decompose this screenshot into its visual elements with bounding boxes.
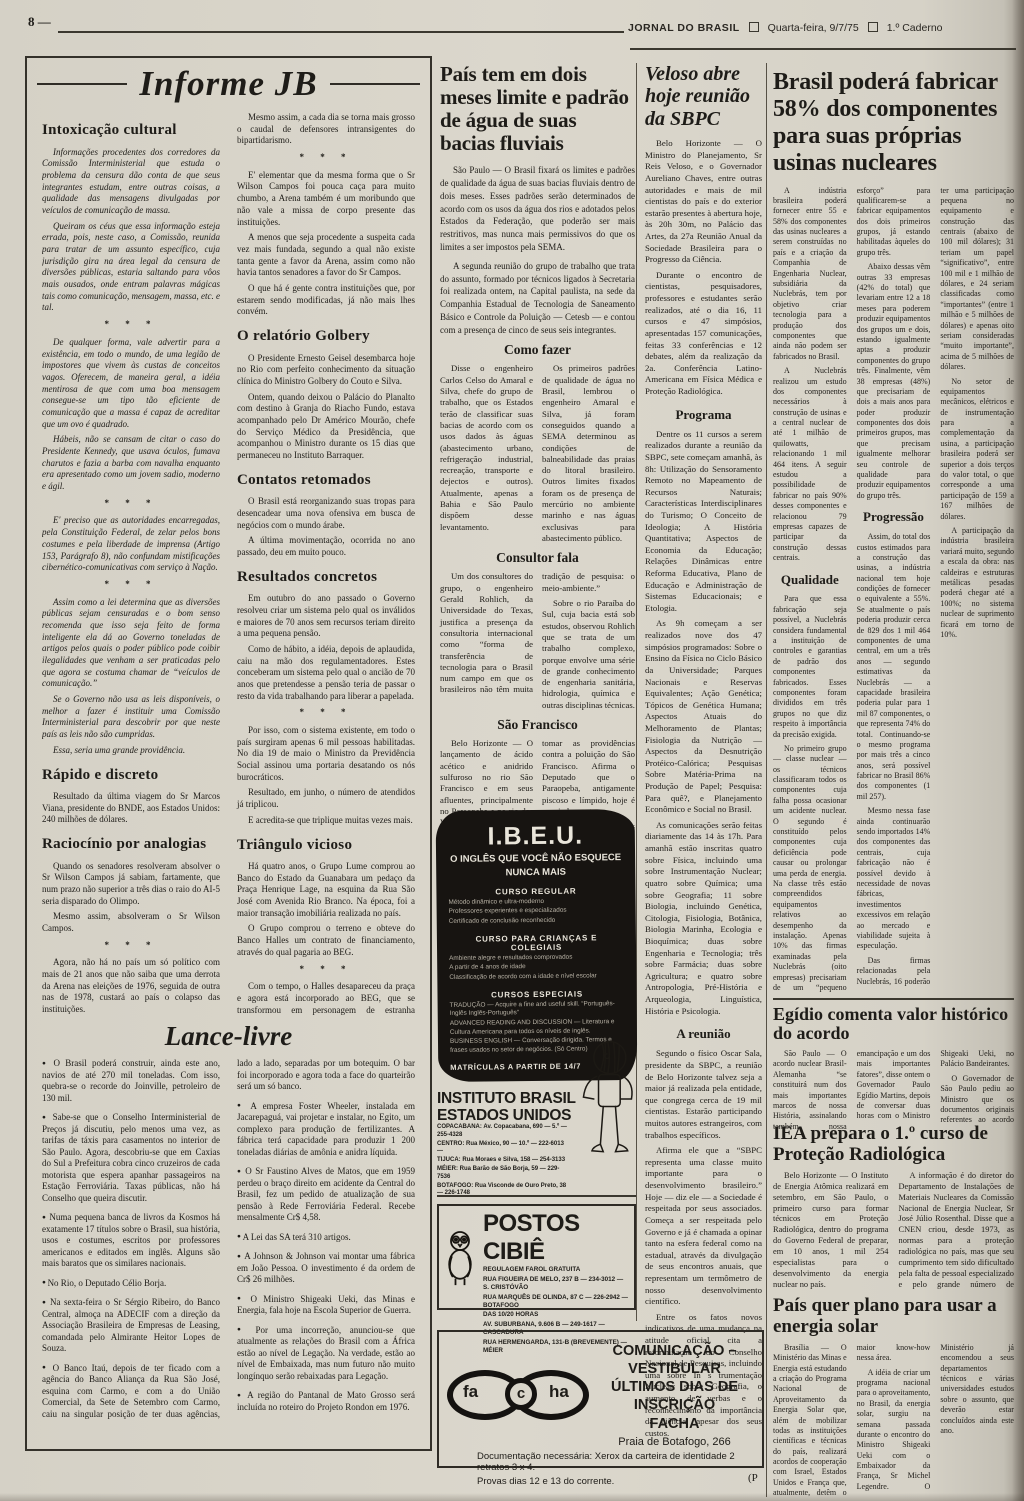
paragraph: De qualquer forma, vale advertir para a …	[42, 337, 220, 431]
paragraph: Hábeis, não se cansam de citar o caso do…	[42, 434, 220, 492]
informe-jb-box: Informe JB Intoxicação culturalInformaçõ…	[25, 56, 432, 1451]
section-heading: Progressão	[857, 509, 931, 526]
paragraph: Assim, do total dos custos estimados par…	[857, 532, 931, 802]
paragraph: DAS 10/20 HORAS	[483, 1311, 628, 1319]
facha-ad: c fa ha COMUNICAÇÃO – VESTIBULAR ÚLTIMOS…	[437, 1330, 764, 1468]
paragraph: Agora, não há no país um só político com…	[42, 957, 220, 1015]
paragraph: RUA MARQUÊS DE OLINDA, 87 C — 226-2942 —…	[483, 1294, 628, 1310]
cartoon-figure-icon	[574, 1035, 640, 1168]
ad-section-items: Ambiente alegre e resultados comprovados…	[449, 953, 624, 983]
news-brief: O Brasil poderá construir, ainda este an…	[42, 1058, 220, 1104]
paragraph: TRADUÇÃO — Acquire a fine and useful ski…	[450, 1000, 625, 1019]
ibeu-ad-slogan: NUNCA MAIS	[448, 866, 623, 880]
ad-section-items: Método dinâmico e ultra-modernoProfessor…	[449, 897, 624, 927]
facha-ad-text: COMUNICAÇÃO – VESTIBULAR ÚLTIMOS DIAS DE…	[597, 1342, 752, 1448]
section-heading: Programa	[645, 406, 762, 423]
separator: * * *	[237, 707, 415, 719]
paragraph: Ontem, quando deixou o Palácio do Planal…	[237, 392, 415, 462]
paragraph: Durante o encontro de cientistas, pesqui…	[645, 270, 762, 398]
paragraph: A Nuclebrás realizou um estudo dos compo…	[773, 366, 847, 563]
paragraph: COPACABANA: Av. Copacabana, 690 — 5.º — …	[437, 1124, 567, 1140]
paragraph: A última movimentação, ocorrida no ano p…	[237, 535, 415, 558]
news-brief: Por uma incorreção, anunciou-se que atua…	[237, 1325, 415, 1383]
informe-jb-title-row: Informe JB	[37, 64, 420, 104]
article-headline: Egídio comenta valor histórico do acordo	[773, 1005, 1014, 1045]
paragraph: Em outubro do ano passado o Governo reso…	[237, 593, 415, 640]
ibeu-ad: I.B.E.U. O INGLÊS QUE VOCÊ NÃO ESQUECE N…	[437, 810, 636, 1197]
separator: * * *	[42, 319, 220, 331]
ad-section-head: CURSOS ESPECIAIS	[449, 989, 624, 1000]
iea-article: IEA prepara o 1.º curso de Proteção Radi…	[773, 1124, 1014, 1297]
section-heading: Resultados concretos	[237, 568, 415, 588]
article-body: Um dos consultores do grupo, o engenheir…	[440, 571, 635, 711]
paragraph: São Paulo — O Brasil fixará os limites e…	[440, 164, 635, 253]
article-headline: IEA prepara o 1.º curso de Proteção Radi…	[773, 1124, 1014, 1166]
paragraph: Há quatro anos, o Grupo Lume comprou ao …	[237, 861, 415, 919]
facha-ad-line: ÚLTIMOS DIAS DE INSCRIÇÃO	[597, 1378, 752, 1414]
article-headline: Veloso abre hoje reunião da SBPC	[645, 63, 762, 130]
section-heading: Qualidade	[773, 572, 847, 589]
section-heading: Triângulo vicioso	[237, 836, 415, 856]
facha-logo-letter: c	[505, 1378, 537, 1410]
egidio-article: Egídio comenta valor histórico do acordo…	[773, 998, 1014, 1135]
paragraph: A informação é do diretor do Departament…	[899, 1171, 1015, 1297]
separator: * * *	[237, 964, 415, 976]
news-brief: No Rio, o Deputado Célio Borja.	[42, 1278, 220, 1290]
paragraph: No setor de equipamentos mecânicos, elét…	[940, 377, 1014, 522]
paragraph: Professores experientes e especializados	[449, 906, 624, 916]
news-brief: Numa pequena banca de livros da Kosmos h…	[42, 1212, 220, 1270]
separator-box-icon	[749, 22, 759, 32]
top-rule-left	[58, 31, 624, 33]
article-headline: País tem em dois meses limite e padrão d…	[440, 63, 635, 155]
news-brief: A região do Pantanal de Mato Grosso será…	[237, 1390, 415, 1413]
news-brief: O Sr Faustino Alves de Matos, que em 195…	[237, 1166, 415, 1224]
subhead: Consultor fala	[440, 550, 635, 566]
paragraph: Certificado de conclusão reconhecido	[449, 916, 624, 926]
paragraph: Mesmo assim, a cada dia se torna mais gr…	[237, 112, 415, 147]
facha-logo: c fa ha	[447, 1362, 597, 1428]
solar-article: País quer plano para usar a energia sola…	[773, 1296, 1014, 1501]
facha-logo-letter: fa	[463, 1382, 478, 1402]
ibeu-institute-line: INSTITUTO BRASIL	[437, 1090, 576, 1107]
owl-mascot-icon	[442, 1228, 478, 1295]
page-edge-shadow	[0, 1493, 1024, 1501]
paragraph: Quando os senadores resolveram absolver …	[42, 861, 220, 908]
ad-section-head: CURSO REGULAR	[448, 886, 623, 897]
paragraph: A idéia de criar um programa nacional pa…	[857, 1343, 1014, 1501]
masthead-edition: 1.º Caderno	[887, 22, 943, 34]
paragraph: O Grupo comprou o terreno e obteve do Ba…	[237, 923, 415, 958]
paragraph: E' elementar que da mesma forma que o Sr…	[237, 170, 415, 228]
paragraph: Os primeiros padrões de qualidade de águ…	[542, 363, 635, 544]
paragraph: Belo Horizonte — O Instituto de Energia …	[773, 1171, 889, 1291]
paragraph: Disse o engenheiro Carlos Celso do Amara…	[440, 363, 533, 533]
paragraph: MÉIER: Rua Barão de São Borja, 59 — 229-…	[437, 1166, 567, 1182]
facha-ad-line: COMUNICAÇÃO – VESTIBULAR	[597, 1342, 752, 1378]
paragraph: Como de hábito, a idéia, depois de aplau…	[237, 644, 415, 702]
section-heading: A reunião	[645, 1025, 762, 1042]
facha-ad-exam-dates: Provas dias 12 e 13 do corrente.	[477, 1476, 752, 1487]
paragraph: As 9h começam a ser realizados nove dos …	[645, 618, 762, 815]
section-heading: Contatos retomados	[237, 471, 415, 491]
paragraph: A menos que seja procedente a suspeita c…	[237, 232, 415, 279]
separator: * * *	[42, 940, 220, 952]
paragraph: Por isso, com o sistema existente, em to…	[237, 725, 415, 783]
title-rule	[330, 83, 420, 86]
paragraph: Ambiente alegre e resultados comprovados	[449, 953, 624, 963]
lance-livre-columns: O Brasil poderá construir, ainda este an…	[42, 1058, 415, 1430]
ibeu-ad-footer: INSTITUTO BRASIL ESTADOS UNIDOS COPACABA…	[437, 1081, 636, 1197]
news-brief: Na sexta-feira o Sr Sérgio Ribeiro, do B…	[42, 1297, 220, 1355]
page-number: 8 —	[28, 14, 51, 30]
informe-columns: Intoxicação culturalInformações proceden…	[42, 112, 415, 1017]
top-rule-right	[630, 48, 1016, 50]
paragraph: A indústria brasileira poderá fornecer e…	[773, 186, 847, 363]
article-body: Brasília — O Ministério das Minas e Ener…	[773, 1343, 1014, 1501]
facha-ad-line: FACHA	[597, 1415, 752, 1433]
paragraph: Queiram os céus que essa informação este…	[42, 221, 220, 315]
ad-section-head: CURSO PARA CRIANÇAS E COLEGIAIS	[449, 933, 624, 953]
news-brief: A Johnson & Johnson vai montar uma fábri…	[237, 1251, 415, 1286]
paragraph: Informações procedentes dos corredores d…	[42, 147, 220, 217]
paragraph: CENTRO: Rua México, 90 — 10.º — 222-6013…	[437, 1141, 567, 1157]
paragraph: Mesmo nessa fase ainda continuarão sendo…	[857, 806, 931, 951]
paragraph: Afirma ele que a “SBPC representa uma cl…	[645, 1145, 762, 1308]
section-heading: Intoxicação cultural	[42, 121, 220, 141]
nuclear-article: Brasil poderá fabricar 58% dos component…	[773, 63, 1014, 994]
article-headline: País quer plano para usar a energia sola…	[773, 1296, 1014, 1338]
paragraph: BOTAFOGO: Rua Visconde de Ouro Preto, 38…	[437, 1183, 567, 1199]
page-edge-shadow	[1012, 0, 1024, 1501]
article-lead: São Paulo — O Brasil fixará os limites e…	[440, 164, 635, 336]
separator: * * *	[42, 579, 220, 591]
sbpc-article: Veloso abre hoje reunião da SBPC Belo Ho…	[645, 63, 762, 1443]
separator: * * *	[237, 152, 415, 164]
cibie-ad: POSTOS CIBIÊ REGULAGEM FAROL GRATUITARUA…	[437, 1204, 636, 1310]
paragraph: TIJUCA: Rua Moraes e Silva, 158 — 254-31…	[437, 1157, 567, 1165]
paragraph: E' preciso que as autoridades encarregad…	[42, 515, 220, 573]
paragraph: Assim como a lei determina que as divers…	[42, 597, 220, 691]
paragraph: Se o Governo não usa as leis disponíveis…	[42, 694, 220, 741]
paragraph: Método dinâmico e ultra-moderno	[449, 897, 624, 907]
paragraph: O que há é gente contra instituições que…	[237, 283, 415, 318]
article-body: Belo Horizonte — O Instituto de Energia …	[773, 1171, 1014, 1297]
paragraph: Mesmo assim, absolveram o Sr Wilson Camp…	[42, 911, 220, 934]
paragraph: O Presidente Ernesto Geisel desembarca h…	[237, 353, 415, 388]
ibeu-ad-title: I.B.E.U.	[448, 821, 623, 852]
column-rule	[766, 63, 767, 1497]
separator: * * *	[42, 498, 220, 510]
paragraph: Dentre os 11 cursos a serem realizados d…	[645, 429, 762, 615]
masthead-date: Quarta-feira, 9/7/75	[768, 22, 859, 34]
paragraph: Segundo o físico Oscar Sala, presidente …	[645, 1048, 762, 1141]
paragraph: O Brasil está reorganizando suas tropas …	[237, 496, 415, 531]
section-heading: Rápido e discreto	[42, 766, 220, 786]
ibeu-institute-line: ESTADOS UNIDOS	[437, 1107, 571, 1124]
article-body: Disse o engenheiro Carlos Celso do Amara…	[440, 363, 635, 544]
newspaper-page: { "page": { "number": "8 —", "masthead":…	[0, 0, 1024, 1501]
article-headline: Brasil poderá fabricar 58% dos component…	[773, 69, 1014, 177]
paragraph: ADVANCED READING AND DISCUSSION — Litera…	[450, 1018, 625, 1037]
lance-livre-title: Lance-livre	[27, 1021, 430, 1052]
facha-ad-address: Praia de Botafogo, 266	[597, 1436, 752, 1448]
paragraph: Essa, seria uma grande providência.	[42, 745, 220, 757]
paragraph: Resultado, em junho, o número de atendid…	[237, 787, 415, 810]
paragraph: Sobre o rio Paraíba do Sul, cuja bacia e…	[542, 598, 635, 711]
subhead: Como fazer	[440, 342, 635, 358]
paragraph: Resultado da última viagem do Sr Marcos …	[42, 791, 220, 826]
news-brief: A empresa Foster Wheeler, instalada em J…	[237, 1101, 415, 1159]
paragraph: Belo Horizonte — O Ministro do Planejame…	[645, 138, 762, 266]
article-body: A indústria brasileira poderá fornecer e…	[773, 186, 1014, 994]
section-heading: Raciocínio por analogias	[42, 835, 220, 855]
separator-box-icon	[868, 22, 878, 32]
paragraph: E acredita-se que triplique muitas vezes…	[237, 815, 415, 827]
news-brief: A Lei das SA terá 310 artigos.	[237, 1232, 415, 1244]
paragraph: A participação da indústria brasileira v…	[940, 526, 1014, 640]
paragraph: REGULAGEM FAROL GRATUITA	[483, 1266, 628, 1274]
subhead: São Francisco	[440, 717, 635, 733]
paragraph: A segunda reunião do grupo de trabalho q…	[440, 260, 635, 337]
facha-logo-letter: ha	[549, 1382, 569, 1402]
paragraph: As comunicações serão feitas diariamente…	[645, 820, 762, 1017]
article-rule	[773, 998, 1014, 1000]
paragraph: Abaixo dessas vêm outras 33 empresas (42…	[857, 262, 931, 501]
paragraph: Classificação de acordo com a idade e ní…	[449, 972, 624, 982]
informe-jb-title: Informe JB	[127, 64, 329, 104]
paragraph: A partir de 4 anos de idade	[449, 962, 624, 972]
masthead-title: JORNAL DO BRASIL	[628, 22, 740, 34]
page-credit: (P	[748, 1472, 758, 1484]
facha-ad-docs: Documentação necessária: Xerox da cartei…	[477, 1451, 752, 1473]
section-heading: O relatório Golbery	[237, 327, 415, 347]
masthead: JORNAL DO BRASILQuarta-feira, 9/7/751.º …	[628, 22, 1016, 34]
article-body: Belo Horizonte — O Ministro do Planejame…	[645, 138, 762, 1439]
paragraph: RUA FIGUEIRA DE MELO, 237 B — 234-3012 —…	[483, 1276, 628, 1292]
news-brief: O Ministro Shigeaki Ueki, das Minas e En…	[237, 1294, 415, 1317]
paragraph: Para que essa fabricação seja possível, …	[773, 594, 847, 739]
news-brief: Sabe-se que o Conselho Interministerial …	[42, 1112, 220, 1204]
cibie-ad-title: POSTOS CIBIÊ	[483, 1210, 628, 1266]
ibeu-ad-slogan: O INGLÊS QUE VOCÊ NÃO ESQUECE	[448, 852, 623, 866]
title-rule	[37, 83, 127, 86]
